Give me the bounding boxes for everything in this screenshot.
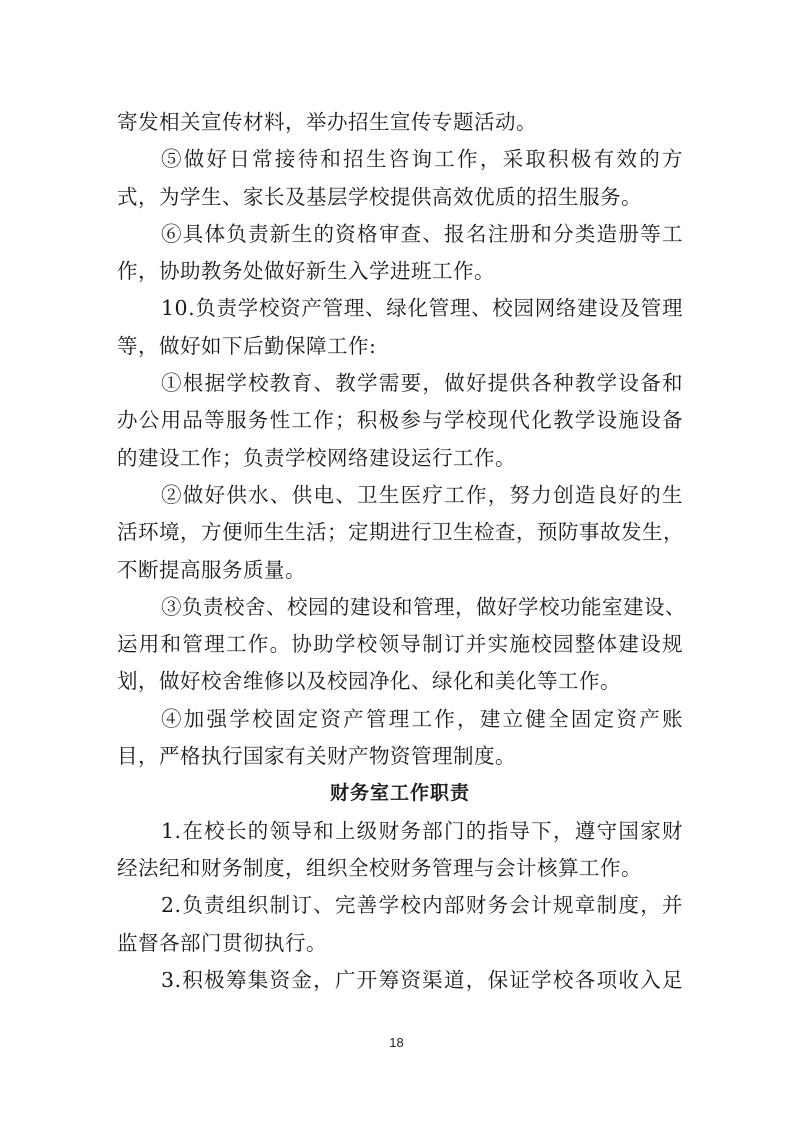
text-line: 监督各部门贯彻执行。: [117, 925, 683, 962]
text-line: ⑤做好日常接待和招生咨询工作，采取积极有效的方: [117, 141, 683, 178]
finance-duties-section: 1.在校长的领导和上级财务部门的指导下，遵守国家财经法纪和财务制度，组织全校财务…: [117, 813, 683, 999]
text-line: 运用和管理工作。协助学校领导制订并实施校园整体建设规: [117, 626, 683, 663]
text-line: 作，协助教务处做好新生入学进班工作。: [117, 253, 683, 290]
text-line: ②做好供水、供电、卫生医疗工作，努力创造良好的生: [117, 477, 683, 514]
text-line: 寄发相关宣传材料，举办招生宣传专题活动。: [117, 104, 683, 141]
text-line: 的建设工作；负责学校网络建设运行工作。: [117, 440, 683, 477]
text-line: 1.在校长的领导和上级财务部门的指导下，遵守国家财: [117, 813, 683, 850]
text-line: 2.负责组织制订、完善学校内部财务会计规章制度，并: [117, 887, 683, 924]
text-line: 10.负责学校资产管理、绿化管理、校园网络建设及管理: [117, 290, 683, 327]
logistics-duties-section: 寄发相关宣传材料，举办招生宣传专题活动。⑤做好日常接待和招生咨询工作，采取积极有…: [117, 104, 683, 775]
text-line: ⑥具体负责新生的资格审查、报名注册和分类造册等工: [117, 216, 683, 253]
text-line: 等，做好如下后勤保障工作:: [117, 328, 683, 365]
text-line: 3.积极筹集资金，广开筹资渠道，保证学校各项收入足: [117, 962, 683, 999]
text-line: 目，严格执行国家有关财产物资管理制度。: [117, 738, 683, 775]
section-heading-finance-office: 财务室工作职责: [117, 775, 683, 812]
page-content: 寄发相关宣传材料，举办招生宣传专题活动。⑤做好日常接待和招生咨询工作，采取积极有…: [117, 104, 683, 999]
text-line: ④加强学校固定资产管理工作，建立健全固定资产账: [117, 701, 683, 738]
text-line: 活环境，方便师生生活；定期进行卫生检查，预防事故发生，: [117, 514, 683, 551]
text-line: 式，为学生、家长及基层学校提供高效优质的招生服务。: [117, 179, 683, 216]
text-line: 不断提高服务质量。: [117, 552, 683, 589]
text-line: 划，做好校舍维修以及校园净化、绿化和美化等工作。: [117, 663, 683, 700]
text-line: ①根据学校教育、教学需要，做好提供各种教学设备和: [117, 365, 683, 402]
document-page: 寄发相关宣传材料，举办招生宣传专题活动。⑤做好日常接待和招生咨询工作，采取积极有…: [0, 0, 793, 1122]
text-line: 经法纪和财务制度，组织全校财务管理与会计核算工作。: [117, 850, 683, 887]
text-line: 办公用品等服务性工作；积极参与学校现代化教学设施设备: [117, 402, 683, 439]
page-number: 18: [0, 1035, 793, 1050]
text-line: ③负责校舍、校园的建设和管理，做好学校功能室建设、: [117, 589, 683, 626]
